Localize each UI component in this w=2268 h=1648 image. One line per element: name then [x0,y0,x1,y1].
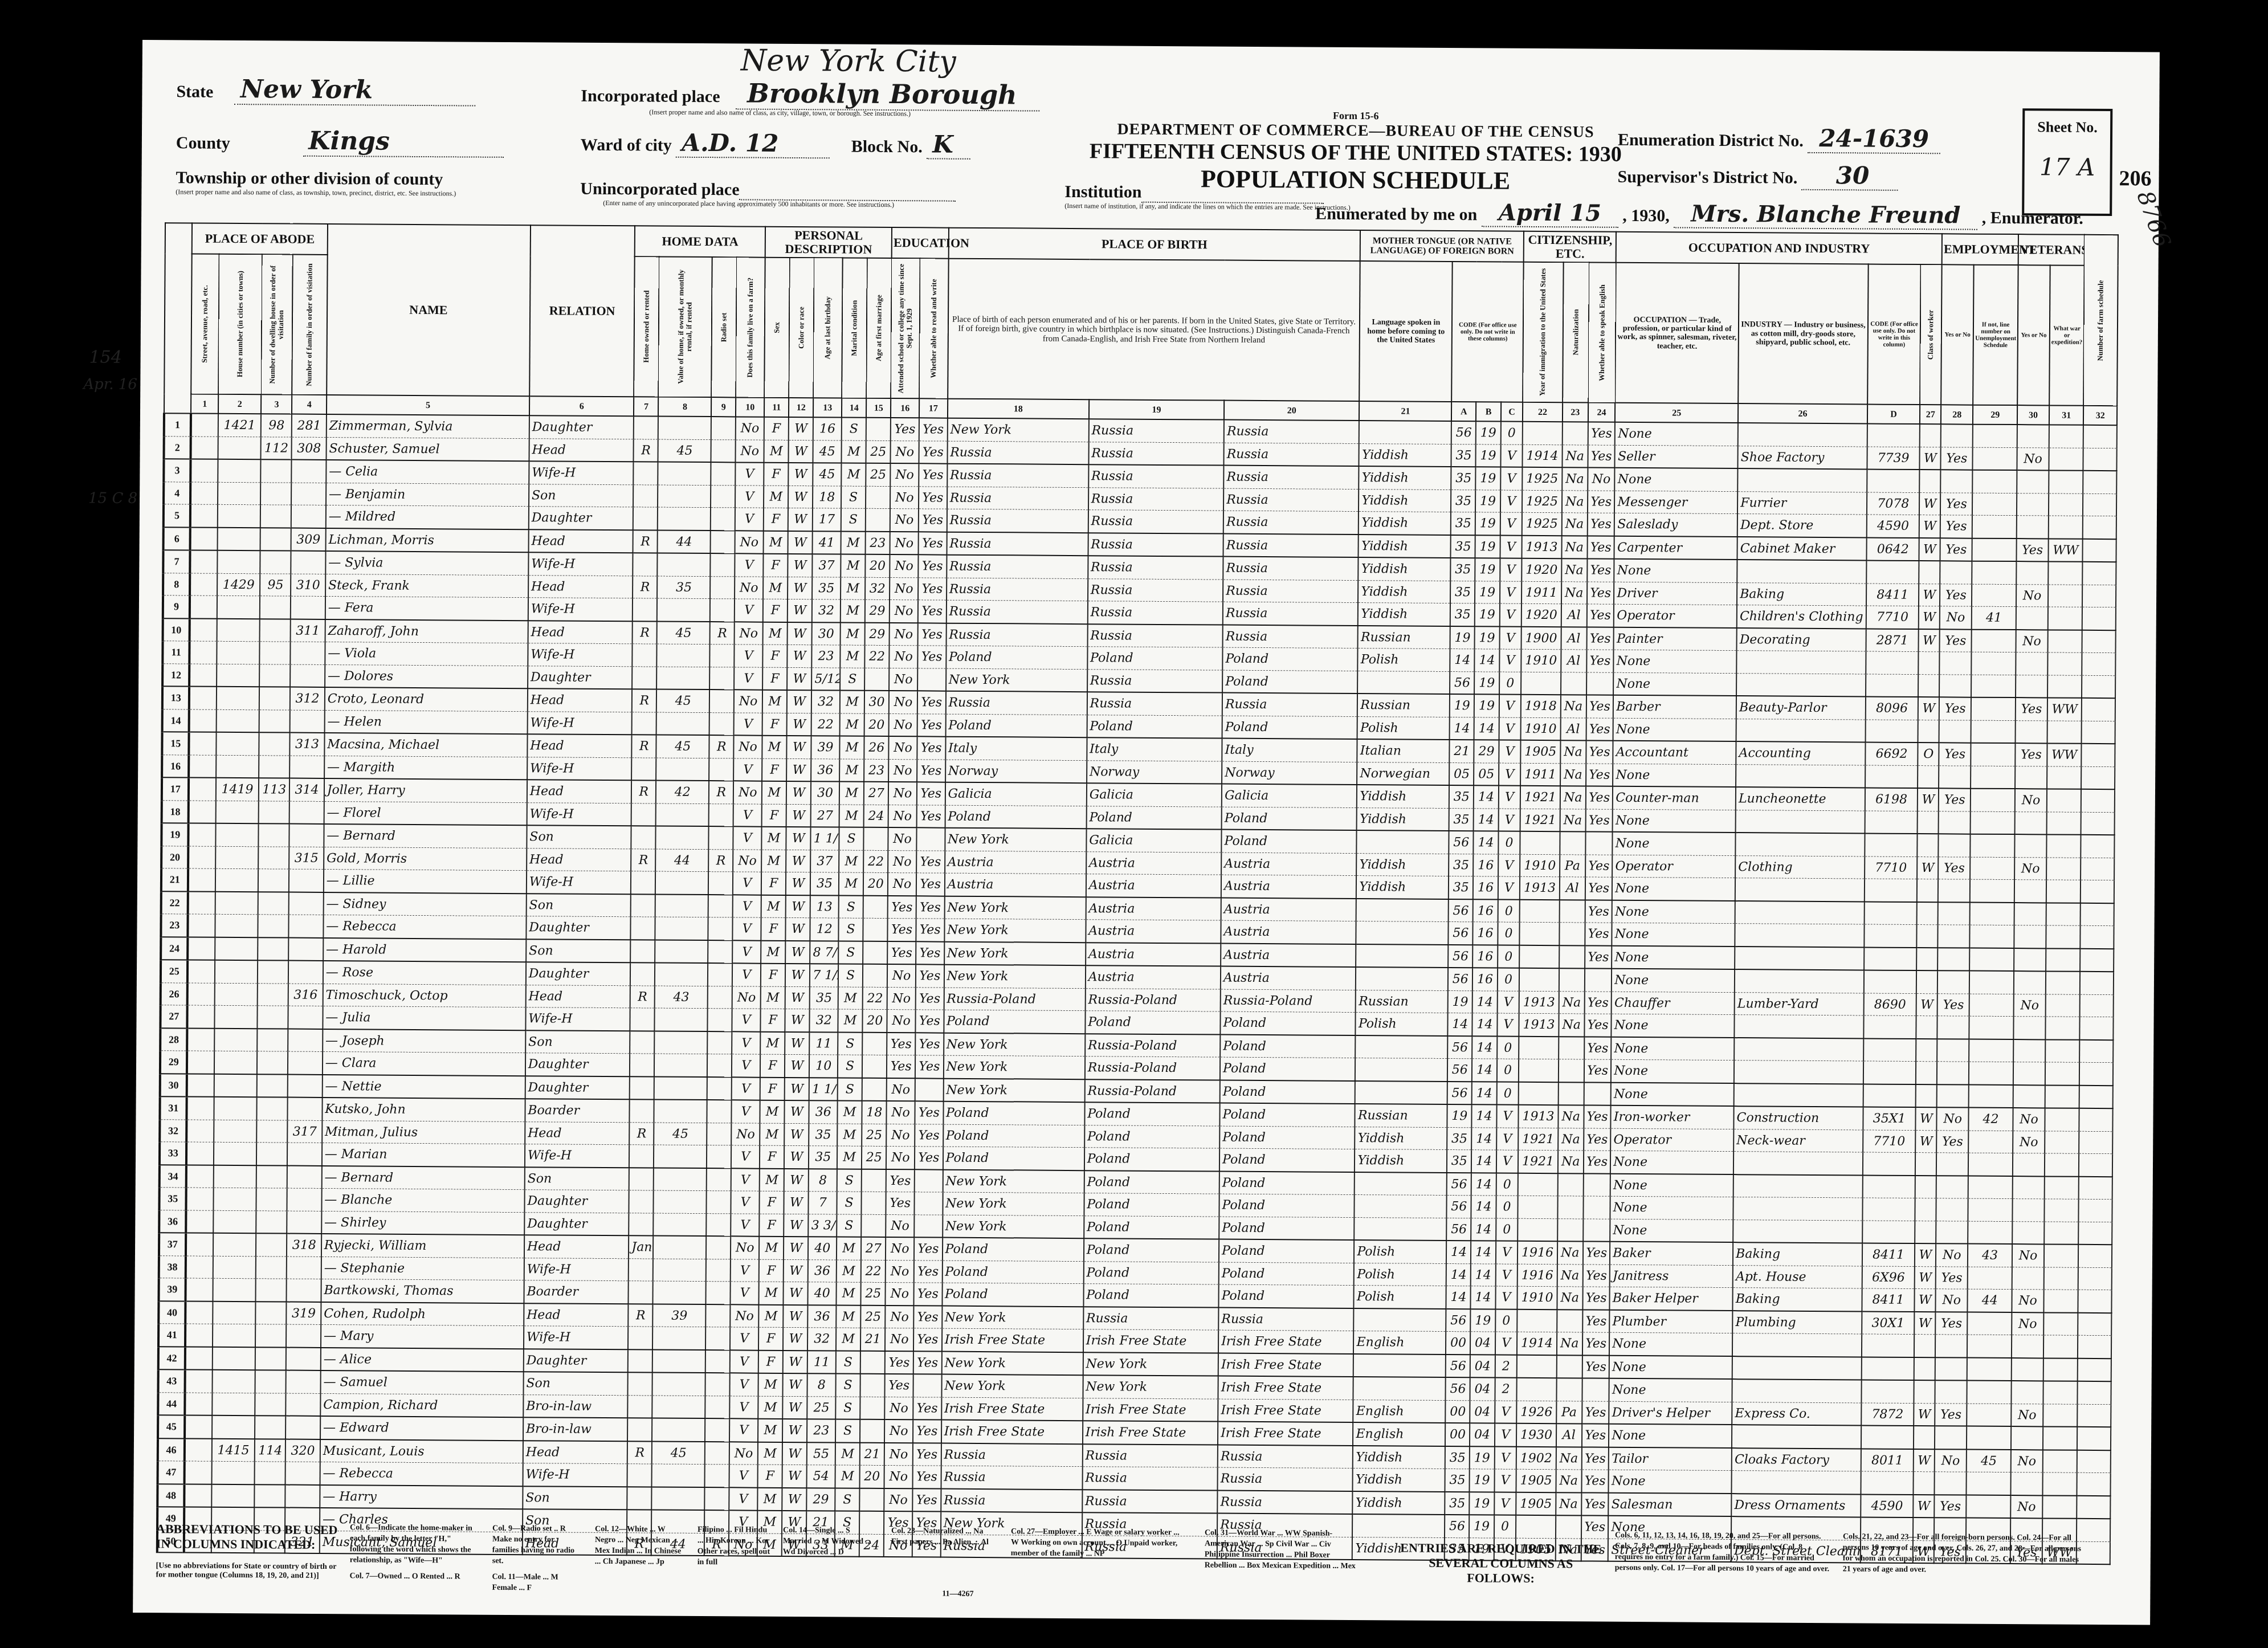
cell-sex: F [760,1009,785,1032]
cell-cB: 14 [1471,1286,1495,1309]
cell-work [1936,1176,1968,1198]
cell-radio [706,1236,731,1259]
cell-relation: Daughter [524,1190,629,1213]
cell-dwelling [256,1234,287,1257]
cell-cls [1917,925,1938,948]
cell-farm-schedule [2079,1154,2112,1177]
cell-name: — Harold [323,938,526,962]
cell-owned [633,598,657,621]
cell-war [2049,448,2084,471]
cell-house [216,801,259,823]
cell-dwelling [258,1006,288,1029]
cell-work [1938,925,1970,948]
col-9-radio: Radio set [711,257,737,397]
line-number: 29 [160,1051,187,1074]
cell-war [2045,1176,2079,1199]
cell-ind [1733,1174,1863,1198]
line-number: 15 [162,732,189,755]
cell-age: 37 [813,554,841,577]
cell-name: Zaharoff, John [325,619,528,643]
cell-read: Yes [916,873,945,896]
cell-sex: F [762,645,787,668]
cell-name: — Rebecca [320,1462,523,1486]
cell-codeD [1862,1175,1915,1198]
cell-work: Yes [1938,857,1970,880]
cell-cC: V [1500,558,1522,581]
cell-house [213,1210,256,1233]
cell-bp: Russia [947,532,1088,556]
cell-work: Yes [1940,538,1972,561]
abbreviations-title: ABBREVIATIONS TO BE USED IN COLUMNS INDI… [156,1521,338,1552]
abbr-col31: Col. 31—World War ... WW Spanish-America… [1205,1528,1364,1572]
cell-bp-father: Russia [1088,533,1223,557]
cell-occ: None [1614,650,1737,674]
cell-house [217,664,260,687]
line-number: 44 [158,1393,185,1416]
cell-cls [1914,1380,1935,1403]
cell-farm-schedule [2077,1450,2111,1473]
cell-race: W [784,1123,809,1146]
cell-ind: Baking [1733,1288,1862,1311]
cell-vet [2012,1199,2044,1222]
cell-value [652,1349,705,1373]
cell-dwelling [255,1324,286,1347]
sheet-value: 17 A [2025,153,2110,181]
cell-war [2045,1039,2080,1062]
cell-immig: 1913 [1522,536,1561,559]
cell-school: No [890,532,919,555]
cell-value [653,1281,706,1304]
cell-nat: Na [1556,1447,1582,1470]
cell-cC: 0 [1497,968,1519,991]
cell-radio [711,462,735,485]
cell-house [213,1347,256,1370]
cell-age: 1 1/12 [809,1078,838,1101]
cell-radio [705,1373,730,1396]
cell-read [914,1192,943,1215]
cell-cA: 35 [1451,512,1475,535]
cell-race: W [784,1214,808,1237]
cell-nat: Na [1559,992,1585,1014]
line-number: 37 [159,1233,186,1256]
cell-vet: No [2014,857,2046,880]
cell-war [2043,1404,2078,1427]
cell-age-marr [860,1419,884,1443]
cell-farm: No [736,440,764,463]
col-27-class-of-worker: Class of worker [1920,264,1942,405]
cell-ind: Clothing [1735,855,1865,879]
cell-codeD [1861,1380,1914,1404]
cell-bp: New York [944,965,1085,989]
cell-marital: S [835,1397,860,1419]
cell-bp-father: Poland [1084,1170,1219,1194]
cell-farm: No [734,690,762,713]
cell-occ: None [1611,1037,1734,1060]
cell-cC: V [1494,1492,1516,1515]
abbr-col6: Col. 6—Indicate the home-maker in each f… [350,1523,475,1567]
cell-name: — Sylvia [325,551,528,575]
cell-read: Yes [917,782,945,805]
sd-field: Supervisor's District No. 30 [1617,160,1898,190]
cell-farm: V [733,940,761,964]
cell-lang [1356,1035,1448,1059]
cell-sex: M [759,1237,784,1259]
cell-bp-mother: Poland [1222,670,1358,694]
cell-unemp: 44 [1968,1289,2012,1312]
cell-ind [1738,423,1867,446]
cell-cB: 19 [1475,558,1500,581]
cell-dwelling: 113 [259,778,289,801]
cell-house [217,687,260,709]
cell-owned: R [630,986,655,1009]
cell-work: Yes [1936,1131,1968,1153]
cell-war: WW [2049,539,2083,562]
cell-unemp [1967,1495,2011,1518]
state-field: State New York [176,74,475,105]
cell-sex: F [761,918,785,941]
cell-dwelling [259,687,290,710]
cell-work [1940,470,1972,493]
cell-value: 45 [652,1441,705,1465]
cell-work [1938,902,1970,925]
cell-relation: Wife-H [527,712,632,735]
cell-cA: 56 [1446,1355,1470,1378]
cell-age-marr: 25 [866,440,891,463]
cell-street [190,641,217,664]
cell-vet [2013,1039,2045,1062]
col-10-farm: Does this family live on a farm? [736,258,765,398]
cell-immig: 1910 [1520,854,1560,877]
cell-family: 310 [291,574,325,597]
cell-age: 32 [811,691,840,713]
township-note: (Insert proper name and also name of cla… [176,187,472,198]
cell-cA: 21 [1450,740,1474,762]
cell-sex: M [760,1100,784,1123]
cell-farm-schedule [2078,1313,2112,1336]
cell-occ: None [1609,1333,1732,1356]
cell-bp-father: Russia [1082,1490,1218,1514]
cell-cC: V [1496,1105,1519,1128]
cell-bp-mother: Norway [1222,761,1357,785]
cell-school: Yes [888,919,916,941]
page-stamp: 206 [2119,166,2151,191]
cell-read [915,1169,943,1192]
cell-cls: W [1914,1449,1935,1472]
col-29-unemployment-line: If not, line number on Unemployment Sche… [1973,265,2018,405]
cell-read: Yes [919,464,947,487]
cell-english [1583,1173,1610,1196]
line-number: 4 [164,482,191,505]
cell-nat [1558,1059,1584,1082]
column-number: 3 [261,395,292,414]
cell-war [2045,1017,2080,1039]
cell-immig: 1900 [1521,627,1561,650]
cell-family [288,1098,323,1120]
cell-value [656,803,709,827]
cell-occ: Messenger [1614,491,1737,514]
cell-marital: S [838,941,863,964]
cell-english: Yes [1586,627,1614,650]
cell-codeD: 6198 [1865,788,1918,811]
cell-sex: M [760,1032,785,1055]
cell-read: Yes [915,1033,944,1055]
cell-value: 35 [657,576,710,599]
cell-race: W [784,1282,808,1305]
cell-age: 35 [809,1124,838,1147]
cell-sex: M [762,781,786,804]
cell-war [2046,994,2081,1017]
cell-age: 16 [813,418,842,440]
cell-ind [1733,1152,1863,1175]
cell-marital: S [838,964,863,987]
cell-bp: Poland [943,1238,1084,1262]
unincorporated-label: Unincorporated place [580,180,739,199]
column-number: 16 [891,398,919,418]
cell-age-marr [863,827,888,850]
cell-name: — Lillie [324,870,527,894]
cell-cls: W [1915,1312,1936,1335]
cell-age-marr [862,1055,887,1078]
cell-family [288,1074,323,1098]
cell-owned [631,826,656,849]
cell-cA: 35 [1445,1492,1470,1515]
cell-bp-mother: Poland [1219,1239,1355,1263]
cell-farm-schedule [2082,744,2115,766]
cell-cC: V [1497,1013,1519,1036]
cell-age-marr: 25 [860,1306,885,1328]
cell-cls [1914,1335,1935,1357]
cell-value [652,1396,705,1419]
cell-bp-father: Russia [1088,488,1224,511]
cell-street [185,1416,212,1439]
cell-dwelling [255,1393,286,1416]
cell-read: Yes [913,1328,942,1351]
abbr-col7: Col. 7—Owned ... O Rented ... R [349,1571,475,1582]
cell-work [1936,1198,1968,1221]
cell-bp: Russia [941,1488,1082,1512]
cell-unemp [1968,1153,2013,1176]
cell-farm-schedule [2078,1359,2111,1382]
cell-bp: New York [945,828,1086,852]
cell-dwelling [259,847,289,870]
cell-sex: M [758,1396,782,1419]
cell-name: — Stephanie [321,1257,524,1280]
cell-cA: 19 [1448,990,1472,1013]
cell-street [186,1278,213,1301]
group-place-of-abode: PLACE OF ABODE [192,223,328,255]
cell-value [658,485,711,508]
cell-house [213,1188,256,1211]
cell-dwelling [255,1416,285,1439]
cell-street [188,868,215,891]
cell-bp-mother: Poland [1219,1284,1355,1308]
cell-work [1939,811,1971,834]
cell-read: Yes [919,441,947,464]
cell-codeD [1865,720,1918,743]
cell-nat: Na [1560,809,1586,832]
cell-codeD: 8411 [1862,1288,1915,1312]
cell-immig: 1921 [1520,809,1560,831]
cell-age-marr [862,1078,887,1102]
cell-cls [1916,1039,1937,1062]
cell-nat: Na [1557,1242,1583,1264]
cell-immig [1523,422,1562,444]
cell-bp-father: New York [1083,1376,1218,1399]
cell-nat: Na [1556,1332,1582,1355]
cell-nat [1561,672,1587,695]
cell-vet [2017,425,2049,447]
cell-lang: Yiddish [1353,1446,1445,1469]
cell-bp: Poland [945,714,1087,738]
cell-family [289,801,324,824]
cell-codeD [1863,1152,1916,1176]
cell-relation: Daughter [524,1213,629,1236]
cell-age: 8 [807,1374,836,1397]
cell-cls [1917,948,1938,971]
cell-ind [1734,1038,1863,1061]
cell-lang: English [1353,1400,1446,1423]
line-number: 19 [161,823,189,846]
cell-relation: Head [524,1303,629,1327]
cell-school: Yes [887,1033,915,1055]
cell-name: — Fera [325,597,528,621]
cell-radio [710,599,735,622]
cell-dwelling [255,1462,285,1484]
cell-race: W [784,1146,809,1169]
column-number: 25 [1615,403,1738,423]
cell-farm: V [735,508,764,531]
cell-immig [1521,672,1561,695]
cell-occ: Saleslady [1614,513,1737,537]
cell-age-marr [866,418,891,440]
cell-cB: 14 [1472,1059,1496,1082]
cell-age: 32 [812,599,841,622]
cell-marital: M [838,987,863,1010]
cell-cls [1918,834,1939,856]
cell-bp-father: New York [1083,1352,1218,1376]
cell-ind: Baking [1733,1242,1862,1266]
cell-radio [705,1304,730,1327]
cell-age: 22 [811,713,840,736]
cell-bp-mother: Russia [1224,443,1360,466]
cell-read: Yes [912,1488,941,1512]
cell-farm: No [735,577,763,599]
cell-marital: M [841,577,865,600]
cell-war [2046,858,2081,880]
cell-cls: W [1919,515,1940,538]
cell-race: W [787,713,811,736]
cell-cA: 35 [1450,603,1475,626]
cell-marital: M [839,736,864,759]
cell-cls [1914,1426,1935,1449]
cell-bp: New York [941,1351,1083,1375]
cell-age-marr: 29 [865,600,890,623]
cell-bp: New York [943,1215,1084,1239]
cell-farm-schedule [2079,1108,2113,1131]
col-28-at-work: Yes or No [1941,265,1974,405]
cell-read: Yes [917,737,945,760]
cell-farm: No [733,781,762,804]
cell-cA: 56 [1446,1218,1471,1241]
cell-immig [1519,1082,1558,1106]
cell-family [288,961,323,984]
cell-farm: V [736,463,764,486]
cell-farm: V [733,827,762,850]
cell-ind [1735,969,1864,993]
cell-age: 39 [811,736,840,759]
cell-name: — Alice [321,1348,524,1372]
cell-relation: Head [528,621,633,644]
cell-street [190,573,218,596]
cell-family [291,642,325,664]
cell-farm-schedule [2079,1200,2112,1222]
cell-ind [1732,1425,1861,1449]
cell-cB: 19 [1475,490,1500,513]
cell-lang: Polish [1357,716,1450,740]
cell-sex: F [760,1078,785,1101]
cell-marital: M [836,1328,860,1351]
cell-dwelling [260,505,291,528]
population-schedule-table: PLACE OF ABODE NAME RELATION HOME DATA P… [156,222,2119,1565]
cell-street [189,801,216,823]
cell-marital: S [837,1192,861,1214]
cell-english: Yes [1588,422,1616,445]
cell-codeD: 4590 [1861,1494,1914,1518]
cell-cA: 14 [1446,1241,1471,1263]
cell-read: Yes [918,578,947,601]
cell-bp-father: Poland [1084,1148,1220,1171]
cell-cls: W [1919,492,1940,515]
cell-farm-schedule [2081,835,2115,858]
cell-family: 319 [287,1302,321,1324]
cell-war [2049,516,2083,539]
cell-race: W [785,986,810,1009]
cell-marital: M [837,1260,861,1283]
cell-relation: Son [526,894,631,917]
cell-cls [1914,1357,1935,1381]
cell-bp-mother: Poland [1219,1171,1355,1194]
group-occupation-industry: OCCUPATION AND INDUSTRY [1616,232,1942,265]
cell-name: — Dolores [325,664,528,688]
cell-bp: Russia [947,464,1088,488]
cell-value: 45 [658,439,711,463]
line-number: 13 [162,687,190,709]
cell-cC: 0 [1498,831,1520,854]
cell-farm-schedule [2079,1063,2113,1086]
cell-dwelling [258,937,289,961]
cell-owned [631,894,655,917]
cell-school: No [885,1397,913,1419]
cell-street [190,482,218,505]
group-employment: EMPLOYMENT [1942,234,2018,265]
cell-lang: Yiddish [1359,512,1451,535]
cell-value [658,507,711,531]
cell-cA: 56 [1449,922,1473,945]
cell-bp-father: Poland [1086,806,1222,830]
cell-street [185,1370,213,1393]
cell-cC: V [1498,876,1520,899]
cell-house [213,1302,256,1324]
cell-bp-father: Austria [1086,897,1221,920]
cell-english: No [1588,468,1615,491]
cell-unemp [1968,1176,2013,1198]
cell-marital: M [838,1009,862,1032]
cell-nat: Na [1560,695,1586,718]
cell-family [287,1165,322,1188]
cell-farm: V [734,713,762,736]
cell-relation: Bro-in-law [523,1418,628,1442]
cell-cC: 0 [1496,1059,1519,1082]
